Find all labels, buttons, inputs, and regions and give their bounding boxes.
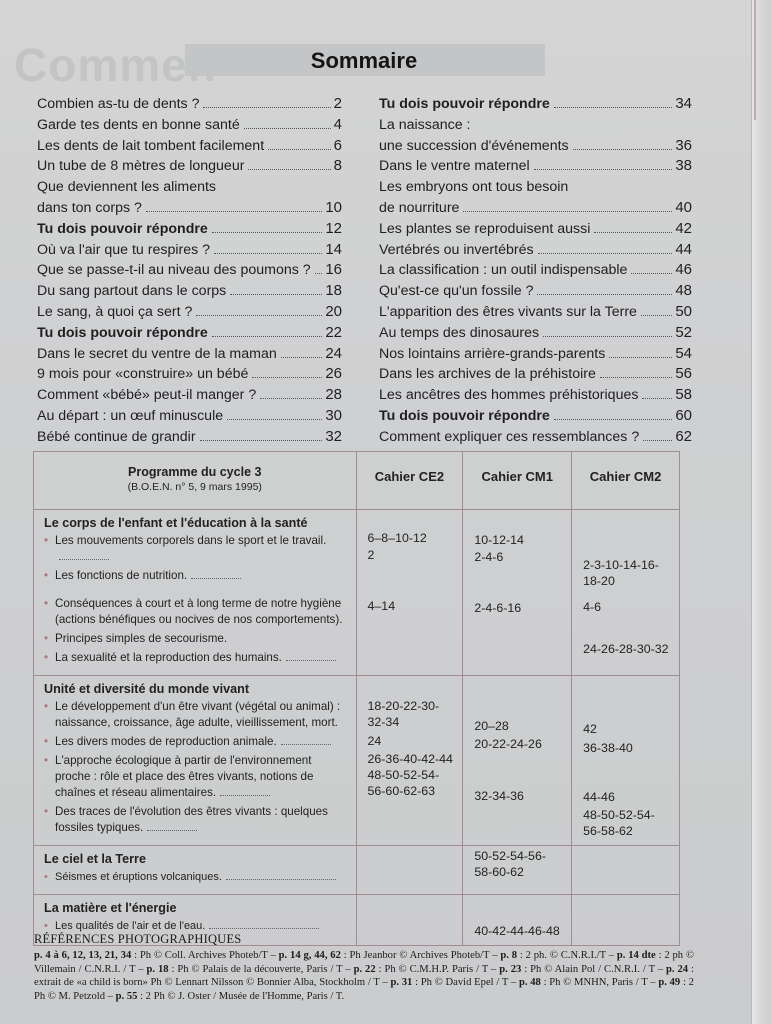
toc-entry-label: Les dents de lait tombent facilement — [37, 136, 264, 157]
dot-leader — [214, 252, 322, 254]
toc-entry-page: 20 — [325, 302, 342, 323]
page-reference: 48-50-52-54- 56-58-62 — [583, 807, 655, 839]
toc-entry-label: Tu dois pouvoir répondre — [379, 94, 550, 115]
references-title: RÉFÉRENCES PHOTOGRAPHIQUES — [34, 932, 694, 947]
dot-leader — [538, 252, 673, 254]
dot-leader — [212, 335, 323, 337]
program-item: Séismes et éruptions volcaniques. — [44, 869, 348, 885]
column-header-cm1: Cahier CM1 — [463, 452, 572, 510]
dot-leader — [260, 397, 322, 399]
toc-entry-label: Tu dois pouvoir répondre — [379, 406, 550, 427]
page-reference: 2 — [368, 547, 375, 563]
pages-cell-cm1: 20–2820-22-24-2632-34-36 — [463, 676, 572, 846]
dot-leader — [203, 106, 330, 108]
page-reference: 10-12-14 — [474, 532, 524, 548]
program-item-text: La sexualité et la reproduction des huma… — [55, 651, 282, 664]
toc-entry-label: Qu'est-ce qu'un fossile ? — [379, 281, 533, 302]
toc-entry-label: de nourriture — [379, 198, 459, 219]
dot-leader — [209, 928, 319, 929]
program-item-text: Principes simples de secourisme. — [55, 632, 227, 645]
toc-entry-label: La naissance : — [379, 115, 471, 136]
dot-leader — [642, 397, 672, 399]
program-section-row: Unité et diversité du monde vivantLe dév… — [34, 676, 680, 846]
toc-entry-page: 26 — [325, 364, 342, 385]
toc-entry-page: 6 — [334, 136, 342, 157]
page-reference: 4-6 — [583, 599, 601, 615]
toc-entry-page: 10 — [325, 198, 342, 219]
program-item: Les mouvements corporels dans le sport e… — [44, 533, 348, 565]
pages-cell-ce2 — [356, 846, 463, 895]
program-item-text: Le développement d'un être vivant (végét… — [55, 700, 340, 729]
program-item: Les divers modes de reproduction animale… — [44, 734, 348, 750]
toc-entry-page: 28 — [325, 385, 342, 406]
page-reference: 42 — [583, 721, 597, 737]
program-table-header: Programme du cycle 3 (B.O.E.N. n° 5, 9 m… — [34, 452, 680, 510]
dot-leader — [609, 356, 672, 358]
dot-leader — [594, 231, 672, 233]
toc-entry-page: 36 — [675, 136, 692, 157]
program-section-cell: Unité et diversité du monde vivantLe dév… — [34, 676, 357, 846]
dot-leader — [573, 148, 673, 150]
toc-entry-label: Tu dois pouvoir répondre — [37, 323, 208, 344]
toc-entry-page: 48 — [675, 281, 692, 302]
toc-entry: Bébé continue de grandir32 — [37, 427, 342, 448]
toc-entry: La naissance : — [379, 115, 692, 136]
dot-leader — [146, 210, 322, 212]
toc-entry-label: Comment expliquer ces ressemblances ? — [379, 427, 639, 448]
dot-leader — [315, 272, 323, 274]
toc-entry: dans ton corps ?10 — [37, 198, 342, 219]
section-title: Unité et diversité du monde vivant — [44, 682, 348, 696]
page-reference: 2-4-6 — [474, 549, 503, 565]
pages-cell-ce2: 18-20-22-30- 32-342426-36-40-42-44 48-50… — [356, 676, 463, 846]
page-reference: 18-20-22-30- 32-34 — [368, 698, 440, 730]
toc-entry-page: 60 — [675, 406, 692, 427]
toc-entry: Comment expliquer ces ressemblances ?62 — [379, 427, 692, 448]
toc-entry-label: une succession d'événements — [379, 136, 569, 157]
dot-leader — [600, 376, 672, 378]
toc-entry: Les embryons ont tous besoin — [379, 177, 692, 198]
toc-entry: Où va l'air que tu respires ?14 — [37, 240, 342, 261]
toc-entry-page: 54 — [675, 344, 692, 365]
toc-entry-label: Combien as-tu de dents ? — [37, 94, 199, 115]
column-header-cm2: Cahier CM2 — [572, 452, 680, 510]
toc-entry: L'apparition des êtres vivants sur la Te… — [379, 302, 692, 323]
page-reference: 6–8–10-12 — [368, 530, 427, 546]
dot-leader — [212, 231, 323, 233]
dot-leader — [200, 439, 323, 441]
toc-entry: Comment «bébé» peut-il manger ?28 — [37, 385, 342, 406]
program-item: Principes simples de secourisme. — [44, 631, 348, 647]
toc-entry-label: Les ancêtres des hommes préhistoriques — [379, 385, 638, 406]
photo-references: RÉFÉRENCES PHOTOGRAPHIQUES p. 4 à 6, 12,… — [34, 932, 694, 1003]
toc-left-column: Combien as-tu de dents ?2Garde tes dents… — [37, 94, 342, 448]
dot-leader — [230, 293, 322, 295]
toc-entry-page: 14 — [325, 240, 342, 261]
toc-entry-page: 34 — [675, 94, 692, 115]
toc-entry-label: La classification : un outil indispensab… — [379, 260, 627, 281]
toc-entry: Au temps des dinosaures52 — [379, 323, 692, 344]
toc-entry: Les ancêtres des hommes préhistoriques58 — [379, 385, 692, 406]
toc-entry: 9 mois pour «construire» un bébé26 — [37, 364, 342, 385]
toc-entry-page: 4 — [334, 115, 342, 136]
pages-cell-cm1: 10-12-142-4-62-4-6-16 — [463, 510, 572, 676]
toc-entry-label: Tu dois pouvoir répondre — [37, 219, 208, 240]
program-item-text: Les qualités de l'air et de l'eau. — [55, 920, 205, 932]
program-item: Les fonctions de nutrition. — [44, 568, 348, 584]
dot-leader — [191, 578, 241, 579]
toc-entry-page: 12 — [325, 219, 342, 240]
toc-entry-label: dans ton corps ? — [37, 198, 142, 219]
page-reference: 26-36-40-42-44 48-50-52-54- 56-60-62-63 — [368, 751, 453, 799]
program-title: Programme du cycle 3 — [34, 465, 356, 479]
program-item-text: Conséquences à court et à long terme de … — [55, 597, 342, 626]
page-title: Sommaire — [0, 48, 728, 74]
toc-entry: Combien as-tu de dents ?2 — [37, 94, 342, 115]
dot-leader — [543, 335, 672, 337]
toc-entry-label: Bébé continue de grandir — [37, 427, 196, 448]
next-page-edge — [751, 0, 771, 1024]
toc-entry: Nos lointains arrière-grands-parents54 — [379, 344, 692, 365]
dot-leader — [248, 168, 330, 170]
program-section-row: Le corps de l'enfant et l'éducation à la… — [34, 510, 680, 676]
toc-entry: une succession d'événements36 — [379, 136, 692, 157]
toc-entry-page: 58 — [675, 385, 692, 406]
toc-entry-page: 16 — [325, 260, 342, 281]
section-title: Le corps de l'enfant et l'éducation à la… — [44, 516, 348, 530]
dot-leader — [281, 744, 331, 745]
program-section-row: Le ciel et la TerreSéismes et éruptions … — [34, 846, 680, 895]
toc-entry-label: Le sang, à quoi ça sert ? — [37, 302, 192, 323]
page-reference: 44-46 — [583, 789, 615, 805]
references-body: p. 4 à 6, 12, 13, 21, 34 : Ph © Coll. Ar… — [34, 949, 694, 1003]
dot-leader — [281, 356, 323, 358]
dot-leader — [534, 168, 673, 170]
toc-entry: Tu dois pouvoir répondre60 — [379, 406, 692, 427]
section-title: Le ciel et la Terre — [44, 852, 348, 866]
toc-entry: Garde tes dents en bonne santé4 — [37, 115, 342, 136]
toc-entry-page: 8 — [334, 156, 342, 177]
program-item: Des traces de l'évolution des êtres viva… — [44, 804, 348, 836]
page-reference: 20–28 — [474, 718, 508, 734]
toc-entry: Les plantes se reproduisent aussi42 — [379, 219, 692, 240]
page-reference: 50-52-54-56- 58-60-62 — [474, 848, 546, 880]
toc-entry-label: Comment «bébé» peut-il manger ? — [37, 385, 256, 406]
toc-entry-label: Vertébrés ou invertébrés — [379, 240, 534, 261]
dot-leader — [631, 272, 672, 274]
dot-leader — [554, 106, 673, 108]
dot-leader — [220, 795, 270, 796]
toc-entry-label: L'apparition des êtres vivants sur la Te… — [379, 302, 637, 323]
toc-right-column: Tu dois pouvoir répondre34La naissance :… — [379, 94, 692, 448]
program-table: Programme du cycle 3 (B.O.E.N. n° 5, 9 m… — [33, 451, 680, 946]
toc-entry-label: Les plantes se reproduisent aussi — [379, 219, 590, 240]
page-reference: 24 — [368, 733, 382, 749]
toc-entry: Tu dois pouvoir répondre12 — [37, 219, 342, 240]
toc-entry-page: 38 — [675, 156, 692, 177]
dot-leader — [147, 830, 197, 831]
toc-entry: Dans le ventre maternel38 — [379, 156, 692, 177]
toc-entry-label: Au temps des dinosaures — [379, 323, 539, 344]
program-item: L'approche écologique à partir de l'envi… — [44, 753, 348, 801]
program-item: Le développement d'un être vivant (végét… — [44, 699, 348, 731]
toc-entry-page: 30 — [325, 406, 342, 427]
toc-entry-label: 9 mois pour «construire» un bébé — [37, 364, 248, 385]
toc-entry-page: 50 — [675, 302, 692, 323]
program-item-text: Les divers modes de reproduction animale… — [55, 735, 277, 748]
program-item-text: L'approche écologique à partir de l'envi… — [55, 754, 313, 799]
toc-entry: Que se passe-t-il au niveau des poumons … — [37, 260, 342, 281]
dot-leader — [641, 314, 672, 316]
dot-leader — [196, 314, 322, 316]
pages-cell-cm2: 2-3-10-14-16- 18-204-624-26-28-30-32 — [572, 510, 680, 676]
toc-entry: Les dents de lait tombent facilement6 — [37, 136, 342, 157]
dot-leader — [643, 439, 672, 441]
toc-entry-page: 46 — [675, 260, 692, 281]
page-reference: 36-38-40 — [583, 740, 633, 756]
pages-cell-cm1: 50-52-54-56- 58-60-62 — [463, 846, 572, 895]
dot-leader — [286, 660, 336, 661]
program-subtitle: (B.O.E.N. n° 5, 9 mars 1995) — [34, 481, 356, 493]
program-section-cell: Le corps de l'enfant et l'éducation à la… — [34, 510, 357, 676]
toc-entry: La classification : un outil indispensab… — [379, 260, 692, 281]
toc-entry-label: Nos lointains arrière-grands-parents — [379, 344, 605, 365]
toc-entry-label: Dans le ventre maternel — [379, 156, 530, 177]
toc-entry: de nourriture40 — [379, 198, 692, 219]
page-reference: 24-26-28-30-32 — [583, 641, 668, 657]
dot-leader — [226, 879, 336, 880]
toc-entry-label: Un tube de 8 mètres de longueur — [37, 156, 244, 177]
pages-cell-cm2 — [572, 846, 680, 895]
dot-leader — [252, 376, 322, 378]
toc-entry-label: Au départ : un œuf minuscule — [37, 406, 223, 427]
toc-entry-page: 52 — [675, 323, 692, 344]
pages-cell-ce2: 6–8–10-1224–14 — [356, 510, 463, 676]
dot-leader — [59, 559, 109, 560]
page-reference: 2-4-6-16 — [474, 600, 521, 616]
toc-entry: Vertébrés ou invertébrés44 — [379, 240, 692, 261]
toc-entry: Dans le secret du ventre de la maman24 — [37, 344, 342, 365]
toc-entry-label: Que se passe-t-il au niveau des poumons … — [37, 260, 311, 281]
program-item-text: Séismes et éruptions volcaniques. — [55, 871, 222, 883]
program-item-text: Les mouvements corporels dans le sport e… — [55, 534, 326, 547]
toc-entry-label: Que deviennent les aliments — [37, 177, 216, 198]
toc-entry: Dans les archives de la préhistoire56 — [379, 364, 692, 385]
toc-entry-label: Les embryons ont tous besoin — [379, 177, 568, 198]
dot-leader — [537, 293, 672, 295]
toc-entry-label: Du sang partout dans le corps — [37, 281, 226, 302]
toc-entry-label: Dans les archives de la préhistoire — [379, 364, 596, 385]
program-item: La sexualité et la reproduction des huma… — [44, 650, 348, 666]
toc-entry: Que deviennent les aliments — [37, 177, 342, 198]
dot-leader — [244, 127, 331, 129]
dot-leader — [463, 210, 672, 212]
program-item: Conséquences à court et à long terme de … — [44, 596, 348, 628]
toc-entry: Le sang, à quoi ça sert ?20 — [37, 302, 342, 323]
toc-entry: Qu'est-ce qu'un fossile ?48 — [379, 281, 692, 302]
toc-entry: Au départ : un œuf minuscule30 — [37, 406, 342, 427]
program-item-text: Les fonctions de nutrition. — [55, 569, 187, 582]
toc-entry: Tu dois pouvoir répondre22 — [37, 323, 342, 344]
section-title: La matière et l'énergie — [44, 901, 348, 915]
document-page: Commen Sommaire Combien as-tu de dents ?… — [0, 0, 752, 1024]
dot-leader — [268, 148, 331, 150]
toc-entry-page: 42 — [675, 219, 692, 240]
toc-entry-page: 24 — [325, 344, 342, 365]
program-section-cell: Le ciel et la TerreSéismes et éruptions … — [34, 846, 357, 895]
dot-leader — [227, 418, 322, 420]
toc-entry-page: 22 — [325, 323, 342, 344]
toc-entry-label: Dans le secret du ventre de la maman — [37, 344, 277, 365]
column-header-ce2: Cahier CE2 — [356, 452, 463, 510]
dot-leader — [554, 418, 673, 420]
toc-entry-page: 62 — [675, 427, 692, 448]
toc-entry-page: 44 — [675, 240, 692, 261]
toc-entry-page: 40 — [675, 198, 692, 219]
page-reference: 4–14 — [368, 598, 396, 614]
pages-cell-cm2: 4236-38-4044-4648-50-52-54- 56-58-62 — [572, 676, 680, 846]
toc-entry: Du sang partout dans le corps18 — [37, 281, 342, 302]
page-reference: 20-22-24-26 — [474, 736, 542, 752]
toc-entry-page: 56 — [675, 364, 692, 385]
toc-entry: Un tube de 8 mètres de longueur8 — [37, 156, 342, 177]
toc-entry-label: Où va l'air que tu respires ? — [37, 240, 210, 261]
page-reference: 2-3-10-14-16- 18-20 — [583, 557, 659, 589]
toc-entry-label: Garde tes dents en bonne santé — [37, 115, 240, 136]
toc-entry: Tu dois pouvoir répondre34 — [379, 94, 692, 115]
toc-entry-page: 32 — [325, 427, 342, 448]
toc-entry-page: 18 — [325, 281, 342, 302]
program-header-cell: Programme du cycle 3 (B.O.E.N. n° 5, 9 m… — [34, 452, 357, 510]
toc-entry-page: 2 — [334, 94, 342, 115]
page-reference: 32-34-36 — [474, 788, 524, 804]
